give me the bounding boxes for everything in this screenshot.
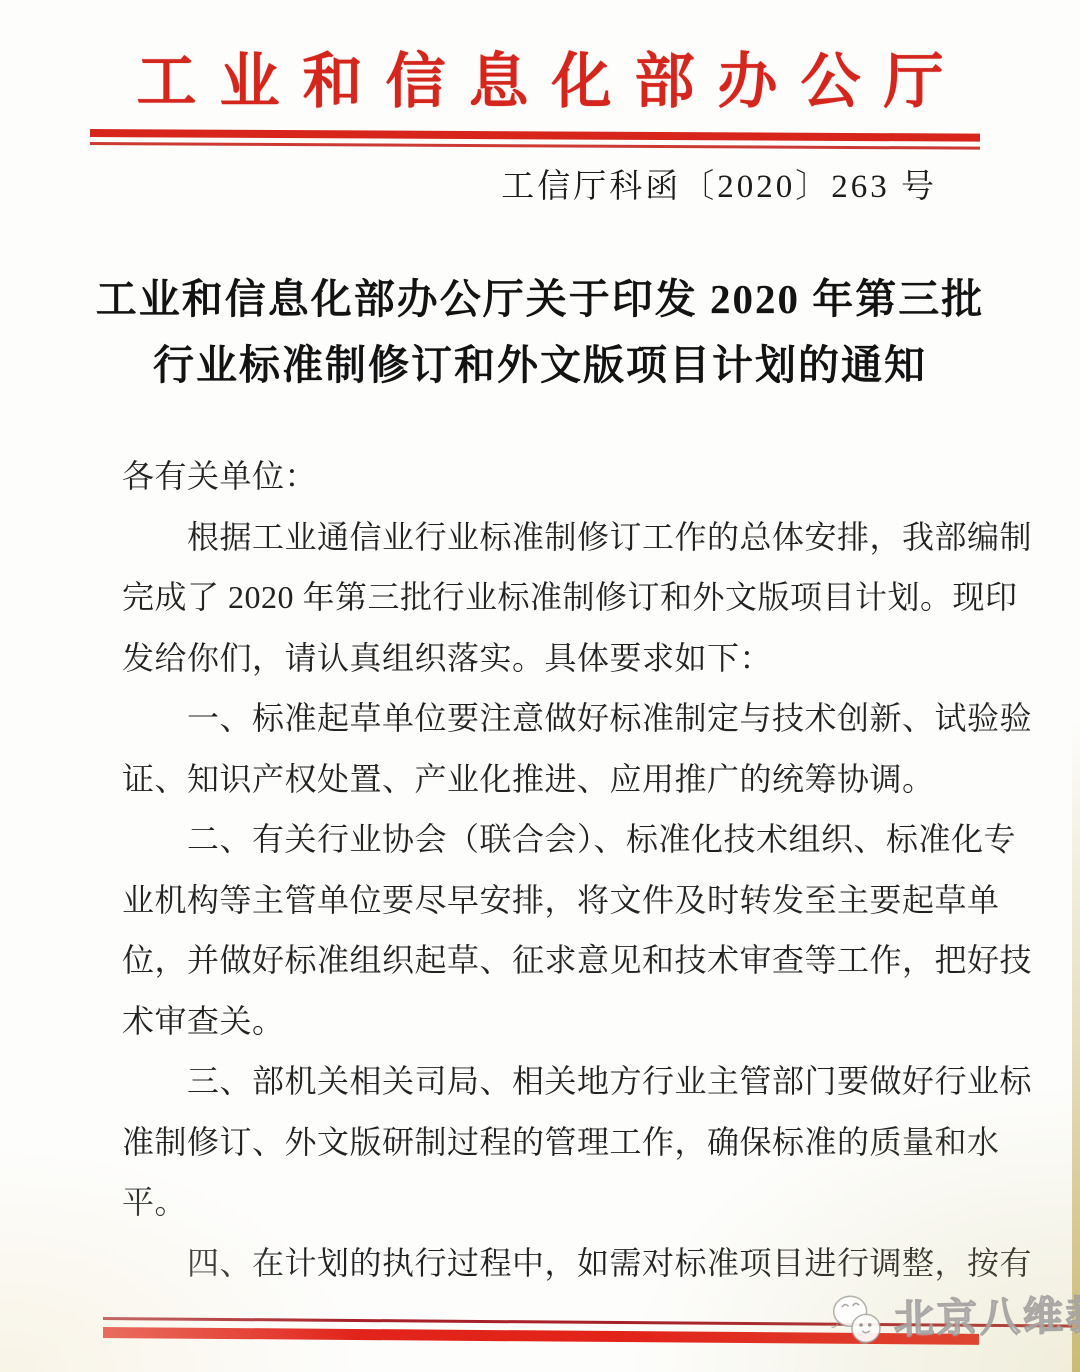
document-title: 工业和信息化部办公厅关于印发 2020 年第三批 行业标准制修订和外文版项目计划… [0,266,1080,398]
mascot-chicks-icon [829,1292,888,1349]
body-line: 二、有关行业协会（联合会）、标准化技术组织、标准化专 [122,809,960,870]
body-line: 发给你们，请认真组织落实。具体要求如下： [122,628,960,689]
body-line: 平。 [122,1172,960,1233]
brand-watermark-text: 北京八维教育 [894,1293,1080,1342]
body-line: 根据工业通信业行业标准制修订工作的总体安排，我部编制 [122,507,960,568]
letterhead-rule [90,129,980,150]
body-line: 准制修订、外文版研制过程的管理工作，确保标准的质量和水 [122,1112,960,1173]
agency-letterhead: 工业和信息化部办公厅 [0,50,1080,114]
body-line: 证、知识产权处置、产业化推进、应用推广的统筹协调。 [122,749,960,810]
scan-edge-shadow [1072,720,1080,1372]
body-line: 业机构等主管单位要尽早安排，将文件及时转发至主要起草单 [122,870,960,931]
title-line-1: 工业和信息化部办公厅关于印发 2020 年第三批 [0,266,1080,332]
document-number: 工信厅科函〔2020〕263 号 [501,168,937,206]
brand-watermark: 北京八维教育 [829,1287,1080,1350]
body-line: 各有关单位： [122,446,960,507]
body-line: 一、标准起草单位要注意做好标准制定与技术创新、试验验 [122,688,960,749]
body-line: 四、在计划的执行过程中，如需对标准项目进行调整，按有 [122,1233,960,1294]
body-line: 位，并做好标准组织起草、征求意见和技术审查等工作，把好技 [122,930,960,991]
title-line-2: 行业标准制修订和外文版项目计划的通知 [0,332,1080,398]
body-line: 完成了 2020 年第三批行业标准制修订和外文版项目计划。现印 [122,567,960,628]
body-line: 术审查关。 [122,991,960,1052]
document-body: 各有关单位： 根据工业通信业行业标准制修订工作的总体安排，我部编制 完成了 20… [122,446,960,1293]
body-line: 三、部机关相关司局、相关地方行业主管部门要做好行业标 [122,1051,960,1112]
document-page: 工业和信息化部办公厅 工信厅科函〔2020〕263 号 工业和信息化部办公厅关于… [0,0,1080,1372]
